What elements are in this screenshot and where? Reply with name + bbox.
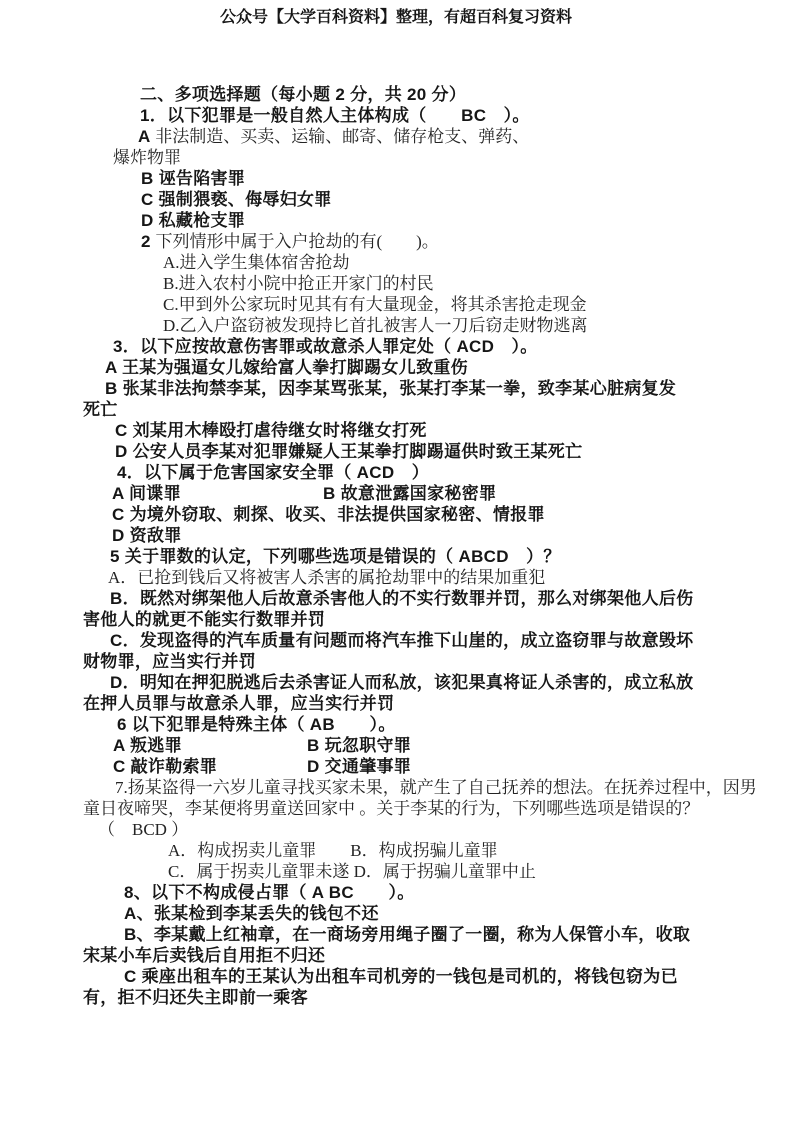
q5-opt-c: C．发现盗得的汽车质量有问题而将汽车推下山崖的，成立盗窃罪与故意毁坏 [83,630,747,651]
q4-opt-d: D 资敌罪 [83,525,747,546]
q1-opt-a-text: 非法制造、买卖、运输、邮寄、储存枪支、弹药、 [155,127,529,146]
q5-opt-a: A．已抢到钱后又将被害人杀害的属抢劫罪中的结果加重犯 [83,567,747,588]
q4-opt-c: C 为境外窃取、刺探、收买、非法提供国家秘密、情报罪 [83,504,747,525]
q8-stem: 8、以下不构成侵占罪（ A BC ）。 [83,882,747,903]
document-page: 公众号【大学百科资料】整理，有超百科复习资料 二、多项选择题（每小题 2 分，共… [0,0,792,1122]
q6-opt-b: B 玩忽职守罪 [307,736,411,755]
q2-opt-c: C.甲到外公家玩时见其有有大量现金，将其杀害抢走现金 [83,294,747,315]
q7-answer: （ BCD ） [83,819,747,840]
q8-opt-b: B、李某戴上红袖章，在一商场旁用绳子圈了一圈，称为人保管小车，收取 [83,924,747,945]
q2-opt-a: A.进入学生集体宿舍抢劫 [83,252,747,273]
q6-opt-d: D 交通肇事罪 [307,757,411,776]
q2-number: 2 [141,232,150,251]
q3-opt-c: C 刘某用木棒殴打虐待继女时将继女打死 [83,420,747,441]
q3-opt-b: B 张某非法拘禁李某，因李某骂张某，张某打李某一拳，致李某心脏病复发 [83,378,747,399]
q4-stem: 4．以下属于危害国家安全罪（ ACD ） [83,462,747,483]
q4-opt-ab: A 间谍罪B 故意泄露国家秘密罪 [83,483,747,504]
q5-opt-d: D．明知在押犯脱逃后去杀害证人而私放，该犯果真将证人杀害的，成立私放 [83,672,747,693]
q7-stem: 7.扬某盗得一六岁儿童寻找买家未果，就产生了自己抚养的想法。在抚养过程中，因男 [83,777,747,798]
q3-opt-d: D 公安人员李某对犯罪嫌疑人王某拳打脚踢逼供时致王某死亡 [83,441,747,462]
q2-stem: 2下列情形中属于入户抢劫的有( )。 [83,231,747,252]
q6-opt-a: A 叛逃罪 [113,735,307,756]
q3-opt-a: A 王某为强逼女儿嫁给富人拳打脚踢女儿致重伤 [83,357,747,378]
q7-opt-cd: C．属于拐卖儿童罪未遂 D．属于拐骗儿童罪中止 [83,861,747,882]
document-body: 二、多项选择题（每小题 2 分，共 20 分） 1．以下犯罪是一般自然人主体构成… [0,84,792,1008]
q4-opt-a: A 间谍罪 [112,483,323,504]
q7-stem-cont: 童日夜啼哭，李某便将男童送回家中 。关于李某的行为，下列哪些选项是错误的？ [83,798,747,819]
q8-opt-c: C 乘座出租车的王某认为出租车司机旁的一钱包是司机的，将钱包窃为已 [83,966,747,987]
q6-opt-ab: A 叛逃罪B 玩忽职守罪 [83,735,747,756]
q6-opt-c: C 敲诈勒索罪 [113,756,307,777]
q8-opt-b-cont: 宋某小车后卖钱后自用拒不归还 [83,945,747,966]
page-header: 公众号【大学百科资料】整理，有超百科复习资料 [0,0,792,28]
q8-opt-a: A、张某检到李某丢失的钱包不还 [83,903,747,924]
q1-stem: 1．以下犯罪是一般自然人主体构成（ BC ）。 [83,105,747,126]
q1-opt-a-label: A [138,127,150,146]
q1-opt-d: D 私藏枪支罪 [83,210,747,231]
q8-opt-c-cont: 有，拒不归还失主即前一乘客 [83,987,747,1008]
q3-opt-b-cont: 死亡 [83,399,747,420]
q5-opt-b-cont: 害他人的就更不能实行数罪并罚 [83,609,747,630]
q5-opt-d-cont: 在押人员罪与故意杀人罪，应当实行并罚 [83,693,747,714]
q5-opt-c-cont: 财物罪，应当实行并罚 [83,651,747,672]
q2-opt-b: B.进入农村小院中抢正开家门的村民 [83,273,747,294]
section-title: 二、多项选择题（每小题 2 分，共 20 分） [83,84,747,105]
q4-opt-b: B 故意泄露国家秘密罪 [323,484,496,503]
q5-stem: 5 关于罪数的认定，下列哪些选项是错误的（ ABCD ）？ [83,546,747,567]
q1-opt-c: C 强制猥亵、侮辱妇女罪 [83,189,747,210]
q1-opt-b: B 诬告陷害罪 [83,168,747,189]
q1-opt-a: A非法制造、买卖、运输、邮寄、储存枪支、弹药、 [83,126,747,147]
q6-opt-cd: C 敲诈勒索罪D 交通肇事罪 [83,756,747,777]
q2-opt-d: D.乙入户盗窃被发现持匕首扎被害人一刀后窃走财物逃离 [83,315,747,336]
q7-opt-ab: A．构成拐卖儿童罪 B．构成拐骗儿童罪 [83,840,747,861]
q3-stem: 3．以下应按故意伤害罪或故意杀人罪定处（ ACD ）。 [83,336,747,357]
q1-opt-a-cont: 爆炸物罪 [83,147,747,168]
q5-opt-b: B．既然对绑架他人后故意杀害他人的不实行数罪并罚，那么对绑架他人后伤 [83,588,747,609]
q6-stem: 6 以下犯罪是特殊主体（ AB ）。 [83,714,747,735]
q2-stem-text: 下列情形中属于入户抢劫的有( )。 [155,232,438,251]
